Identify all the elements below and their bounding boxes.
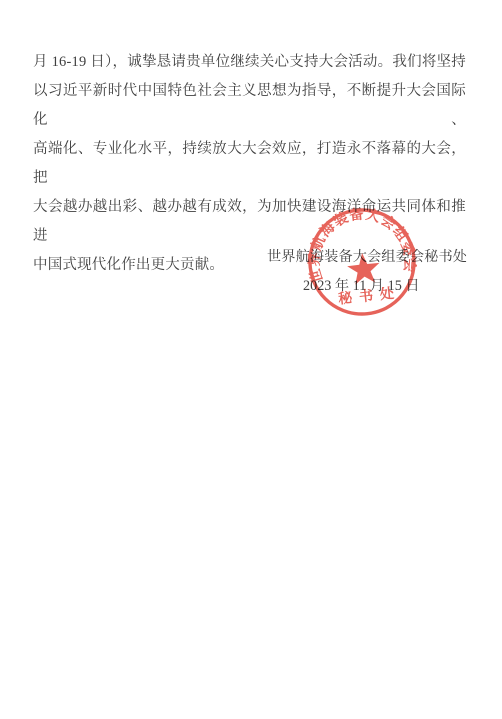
document-page: 月 16-19 日），诚挚恳请贵单位继续关心支持大会活动。我们将坚持 以习近平新… <box>0 0 502 719</box>
paragraph-line: 以习近平新时代中国特色社会主义思想为指导，不断提升大会国际化、 <box>33 77 466 135</box>
red-star-icon <box>346 251 381 285</box>
official-seal: 世界航海装备大会组委会 秘书处 <box>302 202 422 322</box>
paragraph-line: 月 16-19 日），诚挚恳请贵单位继续关心支持大会活动。我们将坚持 <box>33 48 466 77</box>
paragraph-line: 高端化、专业化水平，持续放大大会效应，打造永不落幕的大会，把 <box>33 135 466 193</box>
